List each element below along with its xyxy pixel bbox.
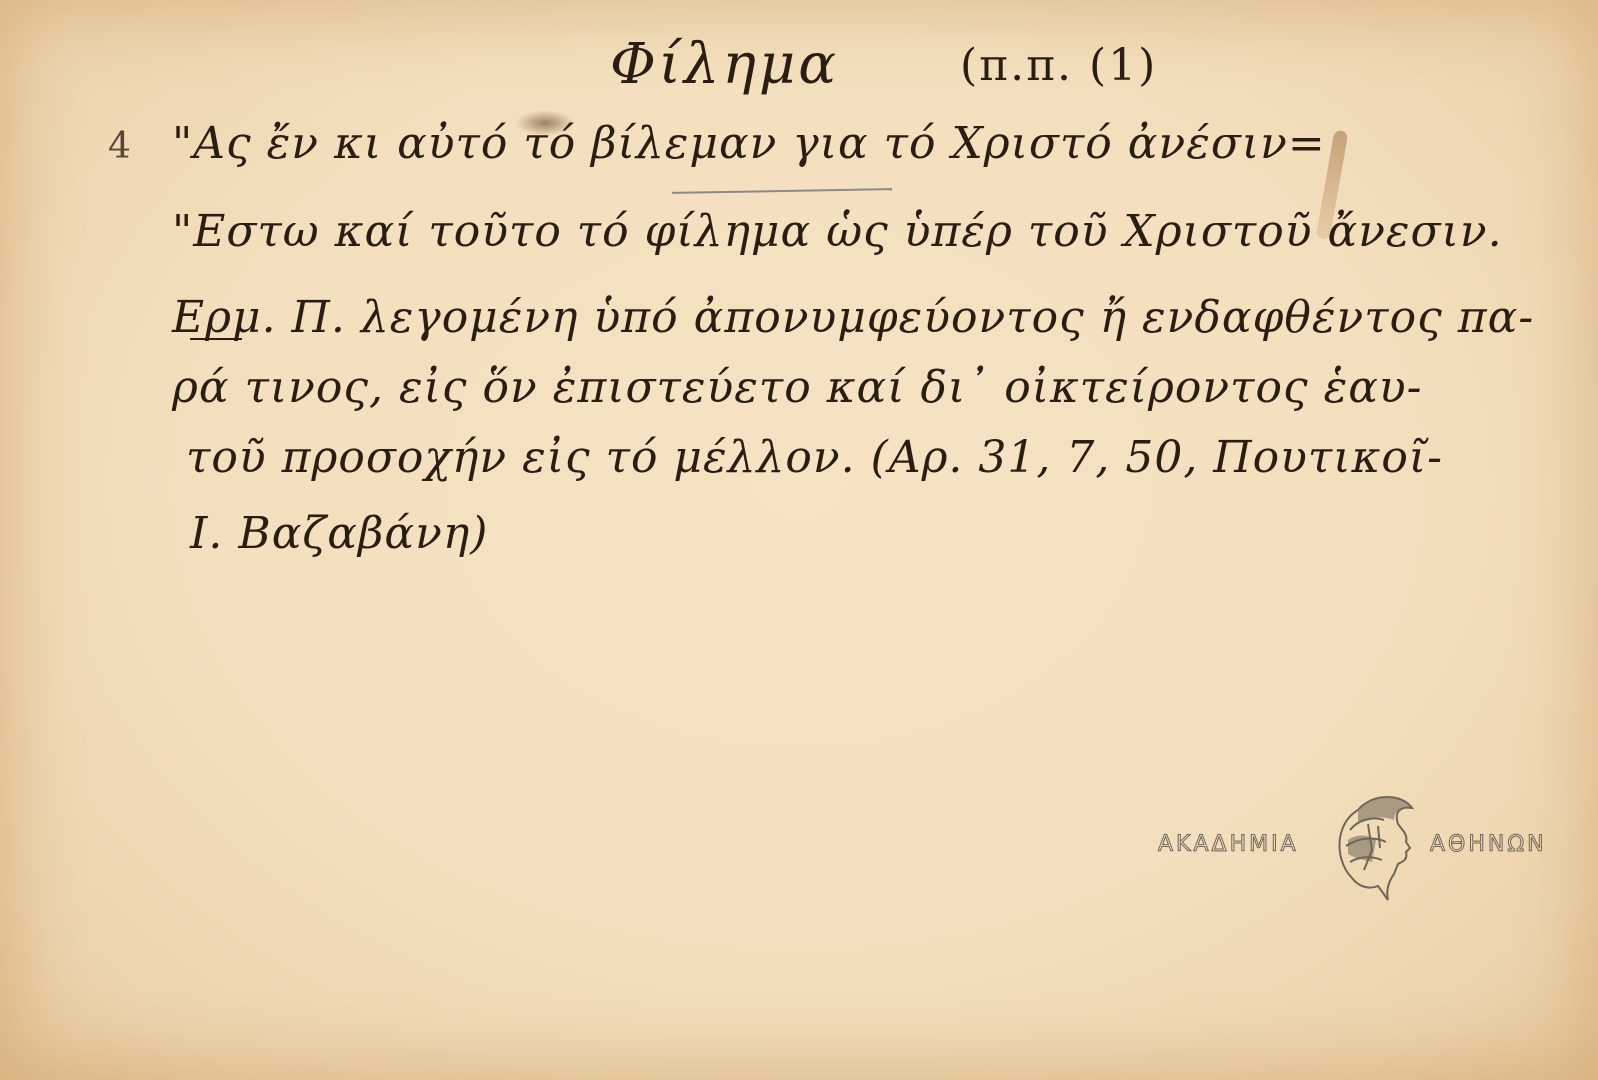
definition-line-3: τοῦ προσοχήν εἰς τό μέλλον. (Αρ. 31, 7, …	[186, 432, 1443, 483]
dialect-quote-line: "Ας ἔν κι αὐτό τό βίλεμαν για τό Χριστό …	[172, 118, 1326, 169]
athena-head-icon	[1328, 790, 1418, 902]
source-line: Ι. Βαζαβάνη)	[190, 508, 488, 559]
watermark-left-text: ΑΚΑΔΗΜΙΑ	[1158, 832, 1299, 857]
definition-line-1: Ερμ. Π. λεγομένη ὑπό ἀπονυμφεύοντος ἤ εν…	[172, 292, 1534, 343]
underline-mark	[672, 188, 892, 194]
standard-translation-line: "Εστω καί τοῦτο τό φίλημα ὡς ὑπέρ τοῦ Χρ…	[172, 206, 1503, 257]
abbr-underline	[190, 338, 242, 340]
entry-number: 4	[108, 126, 132, 167]
definition-line-2: ρά τινος, εἰς ὅν ἐπιστεύετο καί δι᾽ οἰκτ…	[172, 362, 1423, 413]
headword-tag: (π.π. (1)	[960, 40, 1157, 91]
academy-watermark: ΑΚΑΔΗΜΙΑ ΑΘΗΝΩΝ	[1158, 790, 1558, 905]
headword: Φίλημα	[610, 32, 839, 97]
watermark-right-text: ΑΘΗΝΩΝ	[1430, 832, 1547, 857]
index-card: Φίλημα (π.π. (1) 4 "Ας ἔν κι αὐτό τό βίλ…	[0, 0, 1598, 1080]
